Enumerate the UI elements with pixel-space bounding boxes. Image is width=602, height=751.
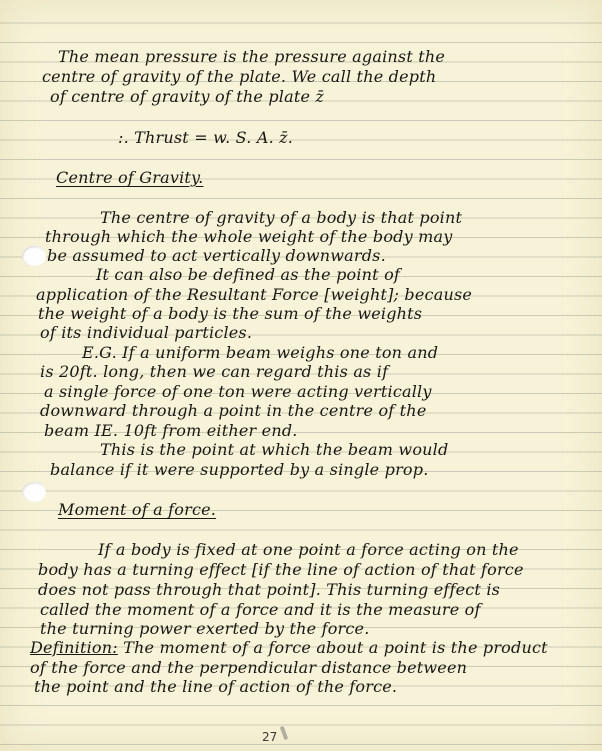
definition-line: Definition: The moment of a force about … xyxy=(30,638,548,657)
punch-hole xyxy=(22,246,46,266)
notebook-page: The mean pressure is the pressure agains… xyxy=(0,0,602,751)
section-heading: Centre of Gravity. xyxy=(56,168,203,187)
text-line: body has a turning effect [if the line o… xyxy=(38,560,524,579)
text-line: of the force and the perpendicular dista… xyxy=(30,658,467,677)
text-line: is 20ft. long, then we can regard this a… xyxy=(40,362,388,381)
text-line: the point and the line of action of the … xyxy=(34,677,397,696)
formula: :. Thrust = w. S. A. z̄. xyxy=(118,128,293,147)
ink-smudge xyxy=(280,726,289,741)
text-line: does not pass through that point]. This … xyxy=(38,580,500,599)
text-line: centre of gravity of the plate. We call … xyxy=(42,67,436,86)
text-line: E.G. If a uniform beam weighs one ton an… xyxy=(82,343,438,362)
definition-text: The moment of a force about a point is t… xyxy=(123,638,548,657)
text-line: The mean pressure is the pressure agains… xyxy=(58,47,445,66)
text-line: application of the Resultant Force [weig… xyxy=(36,285,472,304)
text-line: This is the point at which the beam woul… xyxy=(100,440,448,459)
definition-label: Definition: xyxy=(30,638,118,657)
text-line: the turning power exerted by the force. xyxy=(40,619,370,638)
text-line: downward through a point in the centre o… xyxy=(40,401,426,420)
text-line: be assumed to act vertically downwards. xyxy=(47,246,386,265)
text-line: the weight of a body is the sum of the w… xyxy=(38,304,422,323)
text-line: of its individual particles. xyxy=(40,323,252,342)
text-line: It can also be defined as the point of xyxy=(96,265,400,284)
text-line: called the moment of a force and it is t… xyxy=(40,600,481,619)
text-line: of centre of gravity of the plate z̄ xyxy=(50,87,324,106)
text-line: beam IE. 10ft from either end. xyxy=(44,421,298,440)
text-line: If a body is fixed at one point a force … xyxy=(98,540,519,559)
page-number: 27 xyxy=(262,730,277,744)
text-line: The centre of gravity of a body is that … xyxy=(100,208,462,227)
text-line: balance if it were supported by a single… xyxy=(50,460,428,479)
section-heading: Moment of a force. xyxy=(58,500,216,519)
text-line: through which the whole weight of the bo… xyxy=(45,227,452,246)
text-line: a single force of one ton were acting ve… xyxy=(44,382,432,401)
punch-hole xyxy=(22,482,46,502)
